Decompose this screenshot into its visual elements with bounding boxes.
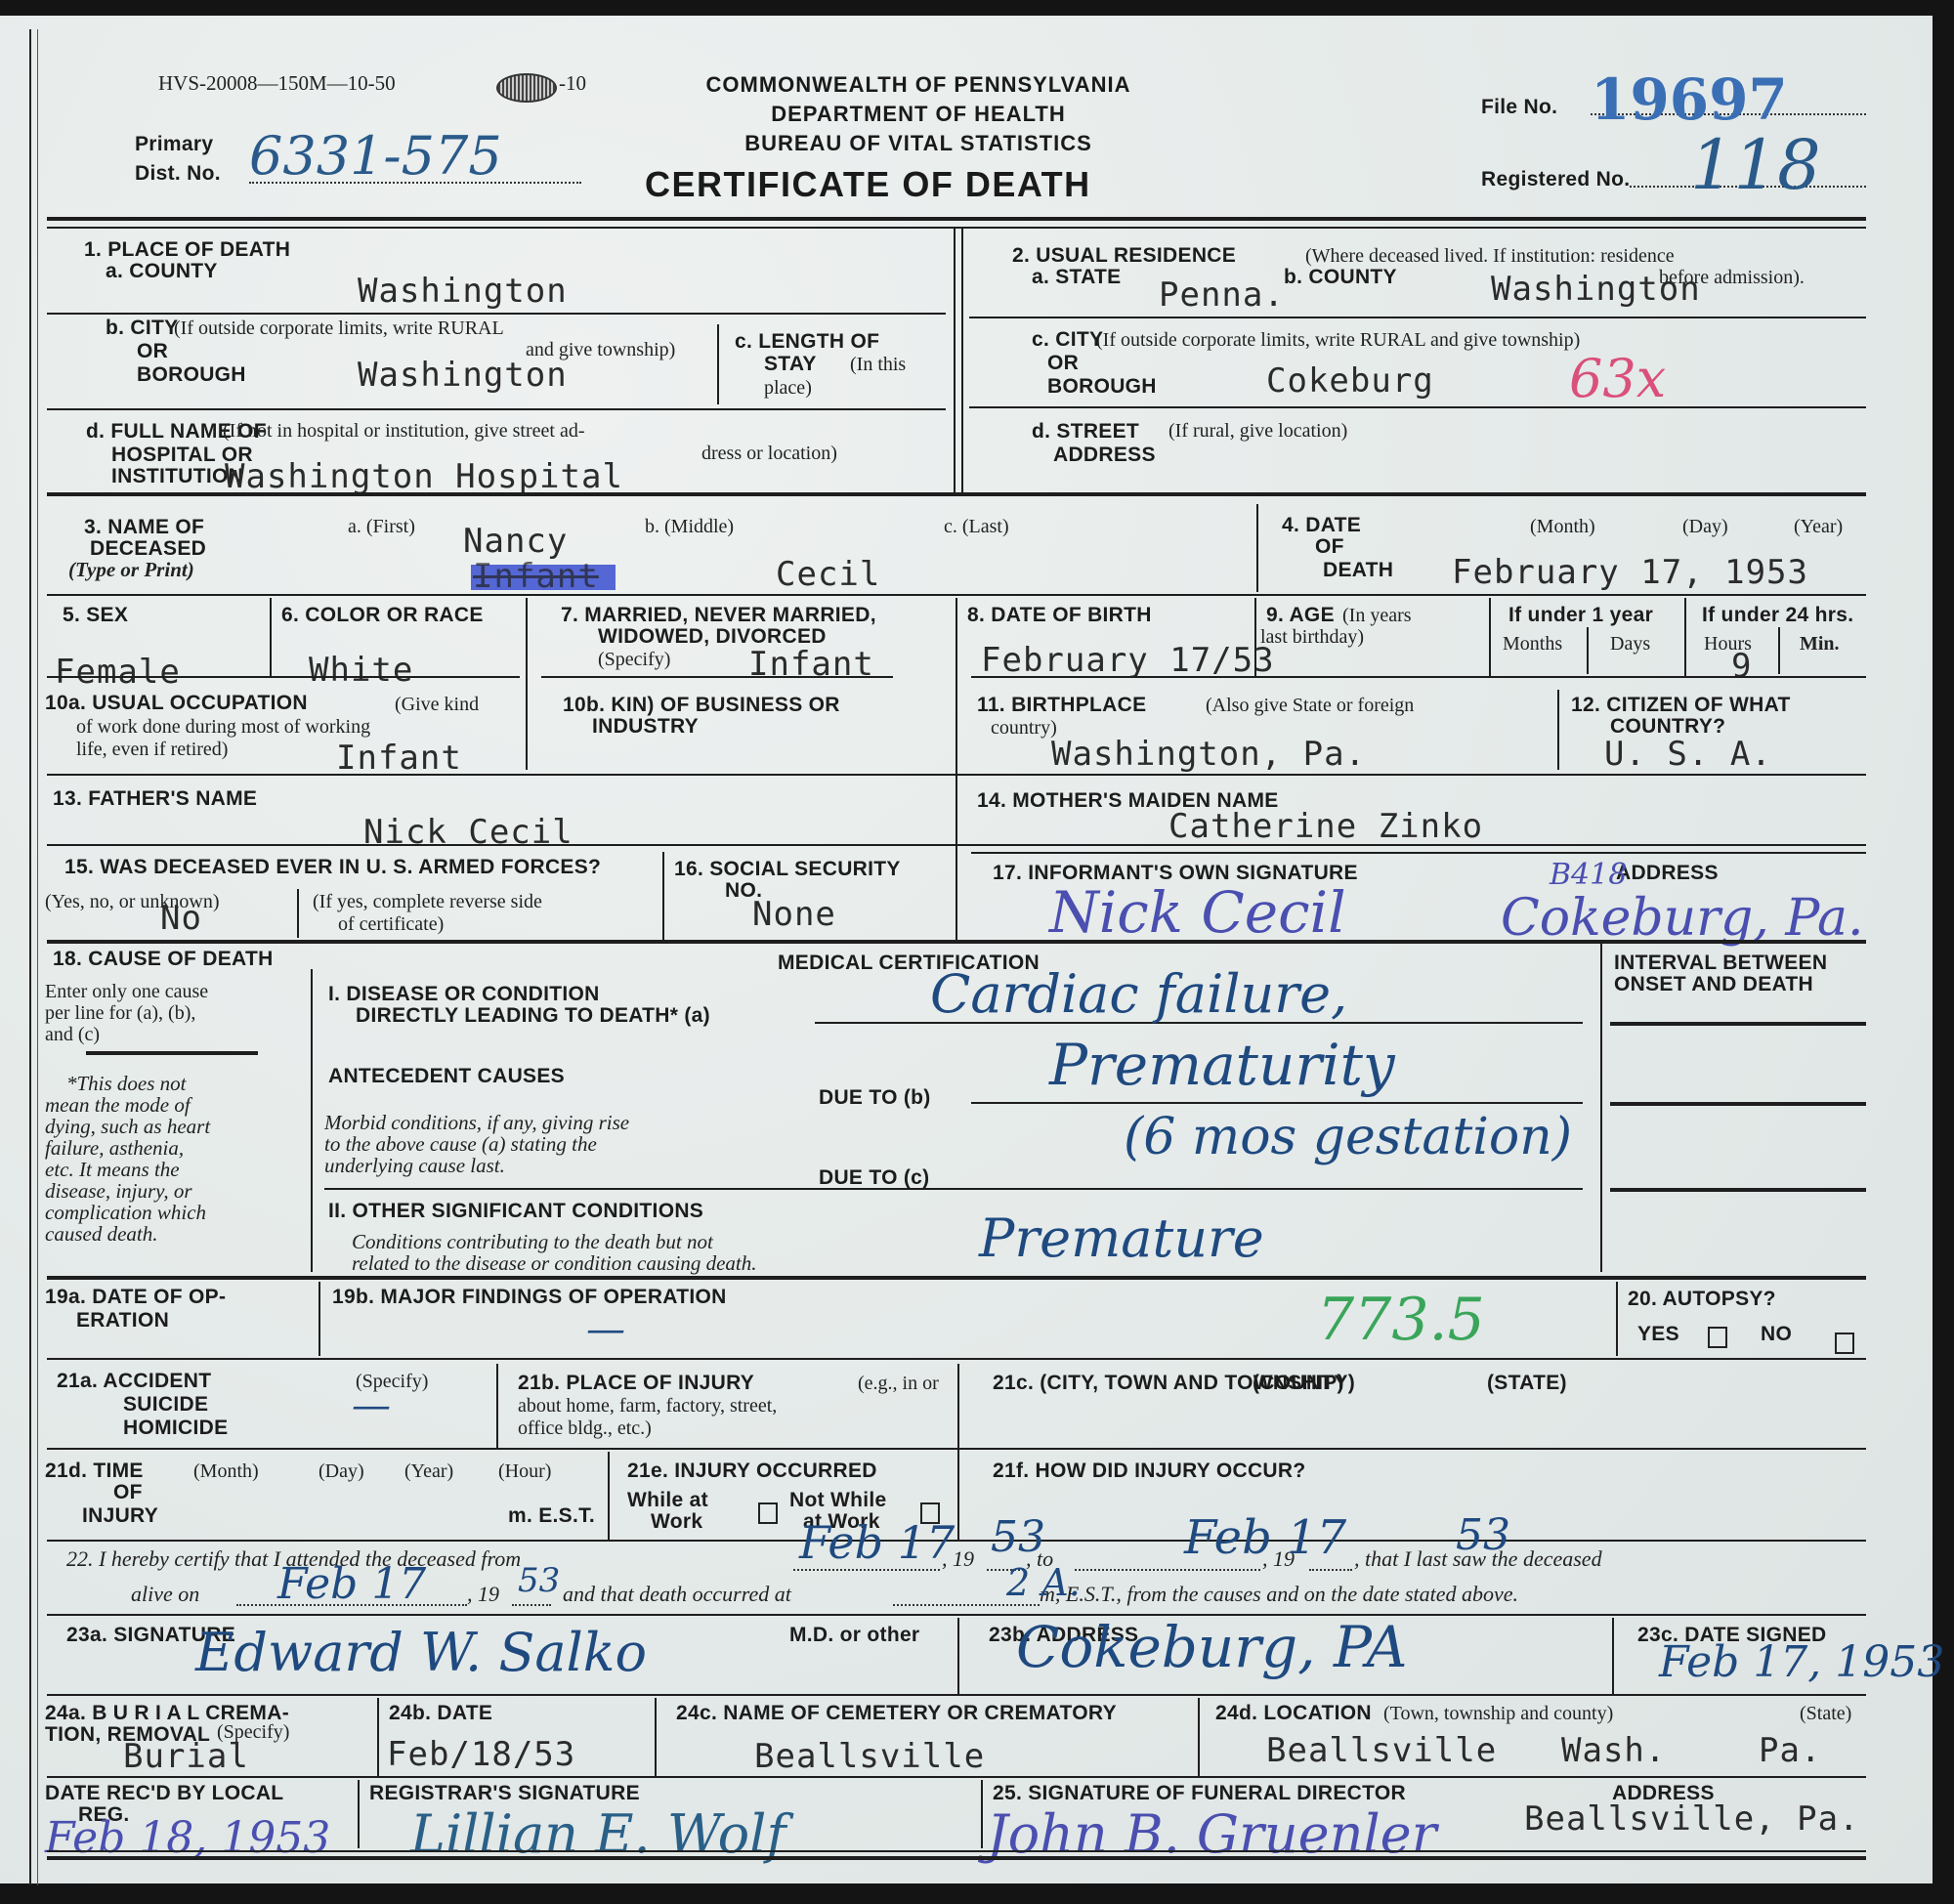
cemetery-value: Beallsville <box>754 1737 985 1776</box>
divider <box>957 1618 959 1694</box>
first-name-value: Nancy <box>463 522 568 561</box>
cause-instruction-3: and (c) <box>45 1024 100 1045</box>
street-label: d. STREET <box>1032 420 1139 443</box>
birthplace-note: (Also give State or foreign <box>1206 695 1414 716</box>
footnote-4: failure, asthenia, <box>45 1137 184 1160</box>
hours-value: 9 <box>1731 647 1752 686</box>
burial-location-note: (Town, township and county) <box>1383 1703 1613 1724</box>
while-at-work-checkbox[interactable] <box>758 1502 778 1524</box>
morbid-note-3: underlying cause last. <box>324 1155 505 1177</box>
header-rule-2 <box>47 227 1866 229</box>
rule <box>47 1856 1866 1860</box>
age-note-2: last birthday) <box>1260 626 1364 648</box>
divider <box>358 1780 360 1848</box>
divider <box>1489 598 1491 676</box>
footnote-2: mean the mode of <box>45 1094 191 1117</box>
divider <box>662 852 664 940</box>
interval-c-line <box>1610 1188 1866 1192</box>
rule <box>47 492 1866 496</box>
under-24-label: If under 24 hrs. <box>1702 604 1853 626</box>
city-note: (If outside corporate limits, write RURA… <box>174 317 504 339</box>
certificate-paper: HVS-20008—150M—10-50 -10 Primary Dist. N… <box>0 16 1933 1883</box>
rule <box>47 1540 1866 1542</box>
rule <box>971 852 1866 854</box>
divider <box>1198 1698 1200 1776</box>
from-date-line <box>793 1569 940 1571</box>
place-of-injury-label: 21b. PLACE OF INJURY <box>518 1372 754 1394</box>
footnote-6: disease, injury, or <box>45 1180 192 1203</box>
stay-note-2: place) <box>764 377 812 399</box>
rule <box>47 1448 1866 1450</box>
antecedent-label: ANTECEDENT CAUSES <box>328 1065 565 1087</box>
physician-signature: Edward W. Salko <box>195 1622 647 1683</box>
suicide-label: SUICIDE <box>123 1393 208 1416</box>
divider <box>1612 1618 1614 1694</box>
footnote-1: *This does not <box>66 1073 187 1095</box>
rule <box>47 1850 1866 1852</box>
address-label: ADDRESS <box>1053 444 1156 466</box>
header-rule <box>47 217 1866 221</box>
rule <box>86 1051 258 1055</box>
burial-county-value: Wash. <box>1561 1731 1666 1770</box>
divider <box>319 1282 320 1356</box>
age-note: (In years <box>1342 605 1412 626</box>
residence-state-value: Penna. <box>1159 275 1285 315</box>
cemetery-label: 24c. NAME OF CEMETERY OR CREMATORY <box>676 1702 1117 1724</box>
registrar-signature-label: REGISTRAR'S SIGNATURE <box>369 1782 640 1804</box>
industry-label: INDUSTRY <box>592 715 699 738</box>
burial-location-value: Beallsville <box>1266 1731 1497 1770</box>
hospital-label-3: INSTITUTION <box>111 465 243 487</box>
death-occurred-label: and that death occurred at <box>563 1583 791 1605</box>
burial-state-value: Pa. <box>1759 1731 1821 1770</box>
day-label: (Day) <box>1682 516 1728 537</box>
borough-label: BOROUGH <box>1047 375 1157 398</box>
divider <box>1616 1282 1618 1356</box>
rule <box>47 676 520 678</box>
citizen-value: U. S. A. <box>1604 735 1772 774</box>
injury-occurred-label: 21e. INJURY OCCURRED <box>627 1460 877 1482</box>
state-label: a. STATE <box>1032 266 1121 288</box>
divider <box>956 852 957 940</box>
to-date-line <box>1075 1569 1260 1571</box>
due-to-b-label: DUE TO (b) <box>819 1086 931 1109</box>
rule <box>541 676 893 678</box>
due-to-c-label: DUE TO (c) <box>819 1166 929 1189</box>
marital-label: 7. MARRIED, NEVER MARRIED, <box>561 604 876 626</box>
city-label: b. CITY <box>106 317 178 339</box>
cause-b-value: Prematurity <box>1049 1032 1395 1098</box>
time-of-injury-label: 21d. TIME <box>45 1460 144 1482</box>
of-label: OF <box>113 1481 143 1503</box>
operation-findings-label: 19b. MAJOR FINDINGS OF OPERATION <box>332 1286 727 1308</box>
divider <box>270 598 272 676</box>
physician-address-value: Cokeburg, PA <box>1016 1614 1408 1680</box>
autopsy-no-checkbox[interactable] <box>1835 1333 1854 1354</box>
agency-line-1: COMMONWEALTH OF PENNSYLVANIA <box>664 72 1172 98</box>
divider <box>608 1452 610 1540</box>
interval-label: INTERVAL BETWEEN <box>1614 952 1827 974</box>
cause-c-value: (6 mos gestation) <box>1124 1108 1572 1166</box>
date-received-label: DATE REC'D BY LOCAL <box>45 1782 283 1804</box>
struck-first-name: Infant <box>473 557 599 596</box>
first-name-label: a. (First) <box>348 516 415 537</box>
autopsy-yes-checkbox[interactable] <box>1708 1327 1727 1348</box>
of-label: OF <box>1315 535 1344 558</box>
date-of-death-value: February 17, 1953 <box>1452 553 1808 592</box>
informant-address-label: ADDRESS <box>1616 862 1719 884</box>
armed-forces-note-2: (If yes, complete reverse side <box>313 891 542 912</box>
divider <box>1684 598 1686 676</box>
alive-on-year: 53 <box>518 1561 560 1600</box>
footnote-3: dying, such as heart <box>45 1116 210 1138</box>
to-year-line <box>1309 1569 1352 1571</box>
part-2-label: II. OTHER SIGNIFICANT CONDITIONS <box>328 1200 703 1222</box>
divider <box>297 889 299 938</box>
margin-rule-inner <box>37 29 38 1885</box>
rule <box>47 313 946 315</box>
race-value: White <box>309 651 413 690</box>
funeral-address-value: Beallsville, Pa. <box>1524 1799 1860 1839</box>
ssn-label: 16. SOCIAL SECURITY <box>674 858 901 880</box>
primary-dist-value: 6331-575 <box>249 125 502 187</box>
registered-no-label: Registered No. <box>1481 168 1630 190</box>
interval-a-line <box>1610 1022 1866 1026</box>
operation-findings-value: — <box>586 1307 625 1352</box>
divider <box>1557 690 1559 770</box>
alive-on-label: alive on <box>131 1583 199 1605</box>
interval-label-2: ONSET AND DEATH <box>1614 973 1813 995</box>
while-at-work-label-2: Work <box>651 1510 702 1533</box>
occupation-value: Infant <box>336 739 462 778</box>
rule <box>969 406 1866 408</box>
death-label: DEATH <box>1323 559 1393 581</box>
month-label: (Month) <box>1530 516 1595 537</box>
county-label: a. COUNTY <box>106 260 218 282</box>
attended-from-date: Feb 17 <box>799 1516 955 1569</box>
file-no-label: File No. <box>1481 96 1557 118</box>
borough-label: BOROUGH <box>137 363 246 386</box>
informant-address: Cokeburg, Pa. <box>1501 889 1864 948</box>
stay-note: (In this <box>850 354 906 375</box>
marital-value: Infant <box>748 645 874 684</box>
footnote-7: complication which <box>45 1202 206 1224</box>
burial-date-label: 24b. DATE <box>389 1702 492 1724</box>
attended-from-year: 53 <box>991 1512 1045 1562</box>
death-time-value: 2 A. <box>1006 1561 1081 1604</box>
burial-state-label: (State) <box>1800 1703 1851 1724</box>
injury-county-label: (COUNTY) <box>1253 1372 1355 1394</box>
year-label: (Year) <box>1794 516 1843 537</box>
divider <box>526 598 528 770</box>
divider <box>1778 627 1780 674</box>
residence-city-label: c. CITY <box>1032 328 1103 351</box>
rule <box>47 844 1866 846</box>
sex-label: 5. SEX <box>63 604 128 626</box>
morbid-note-2: to the above cause (a) stating the <box>324 1133 597 1156</box>
residence-county-label: b. COUNTY <box>1284 266 1397 288</box>
form-code-suffix: -10 <box>559 72 586 94</box>
street-note: (If rural, give location) <box>1168 420 1347 442</box>
residence-note: (Where deceased lived. If institution: r… <box>1305 245 1675 267</box>
not-while-at-work-label: Not While <box>789 1489 887 1511</box>
primary-dist-label: Primary <box>135 133 213 155</box>
certify-causes-text: m, E.S.T., from the causes and on the da… <box>1040 1583 1518 1605</box>
hospital-value: Washington Hospital <box>225 457 623 496</box>
informant-signature: Nick Cecil <box>1049 879 1346 946</box>
cause-instruction-2: per line for (a), (b), <box>45 1002 195 1024</box>
divider <box>957 1364 959 1540</box>
occupation-note-3: life, even if retired) <box>76 739 228 760</box>
specify-label: (Specify) <box>598 649 670 670</box>
rule <box>47 594 1866 596</box>
armed-forces-value: No <box>160 899 202 938</box>
interval-b-line <box>1610 1102 1866 1106</box>
date-of-death-label: 4. DATE <box>1282 514 1361 536</box>
citizen-label: 12. CITIZEN OF WHAT <box>1571 694 1791 716</box>
footnote-5: etc. It means the <box>45 1159 180 1181</box>
months-label: Months <box>1503 633 1562 655</box>
burial-date-value: Feb/18/53 <box>387 1735 575 1774</box>
part-1-label: I. DISEASE OR CONDITION <box>328 983 600 1005</box>
birthplace-value: Washington, Pa. <box>1051 735 1366 774</box>
attended-to-year: 53 <box>1456 1510 1510 1560</box>
rule <box>47 1614 1866 1616</box>
operation-date-label: 19a. DATE OF OP- <box>45 1286 226 1308</box>
birthplace-label: 11. BIRTHPLACE <box>977 694 1146 716</box>
part-1-label-2: DIRECTLY LEADING TO DEATH* (a) <box>356 1004 710 1027</box>
rule <box>47 1276 1866 1280</box>
cause-a-value: Cardiac failure, <box>930 963 1347 1025</box>
rule <box>47 1358 1866 1360</box>
father-name-label: 13. FATHER'S NAME <box>53 787 257 810</box>
rule <box>47 1776 1866 1778</box>
length-of-stay-label: c. LENGTH OF <box>735 330 879 353</box>
divider <box>981 1780 983 1848</box>
alive-year-line <box>512 1604 551 1606</box>
date-of-birth-label: 8. DATE OF BIRTH <box>967 604 1152 626</box>
part-2-note-2: related to the disease or condition caus… <box>352 1252 757 1275</box>
age-label: 9. AGE <box>1266 604 1335 626</box>
attended-to-date: Feb 17 <box>1184 1510 1346 1565</box>
armed-forces-label: 15. WAS DECEASED EVER IN U. S. ARMED FOR… <box>64 856 601 878</box>
place-of-injury-note-2: about home, farm, factory, street, <box>518 1395 777 1417</box>
injury-hour-label: (Hour) <box>498 1460 551 1482</box>
agency-line-2: DEPARTMENT OF HEALTH <box>664 102 1172 127</box>
last-name-label: c. (Last) <box>944 516 1009 537</box>
how-injury-label: 21f. HOW DID INJURY OCCUR? <box>993 1460 1306 1482</box>
divider <box>496 1364 498 1448</box>
residence-city-note: (If outside corporate limits, write RURA… <box>1096 329 1580 351</box>
divider <box>1256 504 1258 592</box>
divider <box>956 598 957 869</box>
morbid-note-1: Morbid conditions, if any, giving rise <box>324 1112 629 1134</box>
birthplace-note-2: country) <box>991 717 1057 739</box>
rule <box>969 317 1866 318</box>
rule <box>47 774 1866 776</box>
divider <box>717 324 719 404</box>
file-no-value: 19697 <box>1591 66 1788 133</box>
father-name-value: Nick Cecil <box>363 813 573 852</box>
business-label: 10b. KIN) OF BUSINESS OR <box>563 694 840 716</box>
cause-b-line <box>971 1102 1583 1104</box>
rule <box>324 1188 1583 1190</box>
or-label: OR <box>137 340 168 362</box>
residence-city-code: 63x <box>1569 348 1666 409</box>
residence-county-value: Washington <box>1491 270 1701 309</box>
homicide-label: HOMICIDE <box>123 1417 228 1439</box>
divider <box>655 1698 657 1776</box>
occupation-label: 10a. USUAL OCCUPATION <box>45 692 308 714</box>
occupation-note: (Give kind <box>395 694 479 715</box>
agency-line-3: BUREAU OF VITAL STATISTICS <box>664 131 1172 156</box>
rule <box>971 676 1866 678</box>
form-code: HVS-20008—150M—10-50 <box>158 72 396 94</box>
date-signed-value: Feb 17, 1953 <box>1659 1637 1944 1687</box>
operation-date-label-2: ERATION <box>76 1309 169 1332</box>
injury-day-label: (Day) <box>319 1460 364 1482</box>
under-year-label: If under 1 year <box>1508 604 1653 626</box>
sex-value: Female <box>55 653 181 692</box>
injury-label: INJURY <box>82 1504 158 1527</box>
cause-of-death-label: 18. CAUSE OF DEATH <box>53 948 274 970</box>
cause-instruction-1: Enter only one cause <box>45 981 208 1002</box>
margin-rule <box>29 29 31 1885</box>
place-of-injury-note-3: office bldg., etc.) <box>518 1417 652 1439</box>
divider <box>1254 598 1256 676</box>
divider <box>311 969 313 1272</box>
funeral-director-label: 25. SIGNATURE OF FUNERAL DIRECTOR <box>993 1782 1406 1804</box>
divider <box>954 229 956 494</box>
dist-no-label: Dist. No. <box>135 162 221 185</box>
ssn-value: None <box>752 895 836 934</box>
usual-residence-label: 2. USUAL RESIDENCE <box>1012 244 1236 267</box>
deceased-label: DECEASED <box>90 537 206 560</box>
occupation-note-2: of work done during most of working <box>76 716 370 738</box>
hospital-note-2: dress or location) <box>701 443 837 464</box>
md-or-other-label: M.D. or other <box>789 1624 919 1646</box>
certify-19-c: , 19 <box>467 1583 499 1605</box>
divider <box>1587 627 1589 674</box>
stay-label: STAY <box>764 353 817 375</box>
rule <box>47 408 946 410</box>
other-conditions-value: Premature <box>979 1207 1264 1269</box>
death-time-line <box>893 1604 1040 1606</box>
min-label: Min. <box>1800 633 1840 655</box>
part-2-note-1: Conditions contributing to the death but… <box>352 1231 713 1253</box>
union-label-seal-icon <box>496 73 557 103</box>
document-title: CERTIFICATE OF DEATH <box>645 164 1091 205</box>
mother-name-value: Catherine Zinko <box>1168 807 1483 846</box>
divider <box>377 1698 379 1776</box>
middle-name-label: b. (Middle) <box>645 516 734 537</box>
accident-label: 21a. ACCIDENT <box>57 1370 211 1392</box>
injury-year-label: (Year) <box>404 1460 453 1482</box>
divider <box>1600 944 1602 1272</box>
rule <box>47 940 1866 944</box>
burial-location-label: 24d. LOCATION <box>1215 1702 1372 1724</box>
est-label: m. E.S.T. <box>508 1504 595 1527</box>
injury-month-label: (Month) <box>193 1460 259 1482</box>
autopsy-no-label: NO <box>1761 1323 1792 1345</box>
death-county-value: Washington <box>358 272 568 311</box>
autopsy-yes-label: YES <box>1637 1323 1679 1345</box>
hospital-note: (If not in hospital or institution, give… <box>223 420 585 442</box>
race-label: 6. COLOR OR RACE <box>281 604 484 626</box>
name-label: 3. NAME OF <box>84 516 204 538</box>
days-label: Days <box>1610 633 1650 655</box>
burial-value: Burial <box>123 1737 249 1776</box>
death-city-value: Washington <box>358 356 568 395</box>
autopsy-label: 20. AUTOPSY? <box>1628 1288 1776 1310</box>
type-or-print-note: (Type or Print) <box>68 559 194 581</box>
residence-city-value: Cokeburg <box>1266 361 1434 401</box>
accident-value: — <box>352 1383 391 1428</box>
or-label: OR <box>1047 352 1079 374</box>
informant-box-number: B418 <box>1550 858 1627 892</box>
registered-no-value: 118 <box>1690 125 1821 205</box>
armed-forces-note-3: of certificate) <box>338 913 444 935</box>
classification-code: 773.5 <box>1317 1286 1485 1354</box>
date-of-birth-value: February 17/53 <box>981 641 1275 680</box>
last-name-value: Cecil <box>776 555 880 594</box>
rule <box>47 1694 1866 1696</box>
divider <box>961 229 963 494</box>
alive-on-date: Feb 17 <box>277 1559 426 1609</box>
place-of-death-label: 1. PLACE OF DEATH <box>84 238 290 261</box>
injury-state-label: (STATE) <box>1487 1372 1567 1394</box>
while-at-work-label: While at <box>627 1489 708 1511</box>
footnote-8: caused death. <box>45 1223 157 1246</box>
place-of-injury-note: (e.g., in or <box>858 1373 939 1394</box>
